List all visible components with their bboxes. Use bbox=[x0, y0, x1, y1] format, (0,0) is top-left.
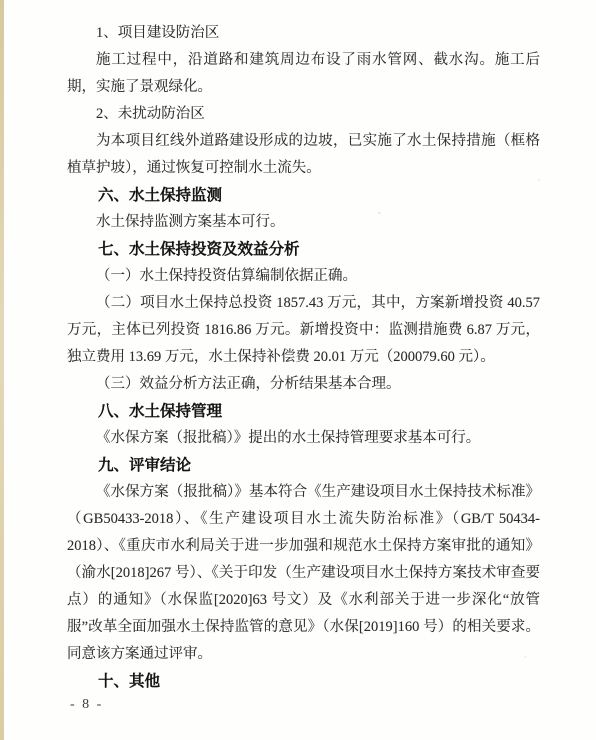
section-heading-conclusion: 九、评审结论 bbox=[67, 452, 540, 479]
page-number: - 8 - bbox=[70, 697, 103, 713]
paragraph-monitoring: 水土保持监测方案基本可行。 bbox=[67, 209, 540, 236]
section-heading-management: 八、水土保持管理 bbox=[67, 398, 540, 425]
scan-noise-speck bbox=[378, 212, 381, 214]
list-item-undisturbed-zone: 2、未扰动防治区 bbox=[67, 101, 540, 128]
scan-noise-speck bbox=[524, 656, 527, 658]
paragraph-investment-basis: （一）水土保持投资估算编制依据正确。 bbox=[67, 263, 540, 290]
scan-edge-strip bbox=[0, 0, 4, 740]
section-heading-monitoring: 六、水土保持监测 bbox=[67, 182, 540, 209]
paragraph-undisturbed-detail: 为本项目红线外道路建设形成的边坡，已实施了水土保持措施（框格植草护坡），通过恢复… bbox=[67, 128, 540, 182]
scanned-document-page: 1、项目建设防治区 施工过程中，沿道路和建筑周边布设了雨水管网、截水沟。施工后期… bbox=[0, 0, 596, 740]
section-heading-investment: 七、水土保持投资及效益分析 bbox=[67, 236, 540, 263]
section-heading-other: 十、其他 bbox=[67, 668, 540, 695]
paragraph-benefit-analysis: （三）效益分析方法正确，分析结果基本合理。 bbox=[67, 371, 540, 398]
document-body: 1、项目建设防治区 施工过程中，沿道路和建筑周边布设了雨水管网、截水沟。施工后期… bbox=[67, 20, 540, 695]
paragraph-conclusion: 《水保方案（报批稿）》基本符合《生产建设项目水土保持技术标准》（GB50433-… bbox=[67, 479, 540, 668]
paragraph-management: 《水保方案（报批稿）》提出的水土保持管理要求基本可行。 bbox=[67, 425, 540, 452]
paragraph-construction-detail: 施工过程中，沿道路和建筑周边布设了雨水管网、截水沟。施工后期，实施了景观绿化。 bbox=[67, 47, 540, 101]
list-item-construction-zone: 1、项目建设防治区 bbox=[67, 20, 540, 47]
paragraph-investment-figures: （二）项目水土保持总投资 1857.43 万元，其中，方案新增投资 40.57 … bbox=[67, 290, 540, 371]
scan-noise-speck bbox=[538, 179, 540, 181]
